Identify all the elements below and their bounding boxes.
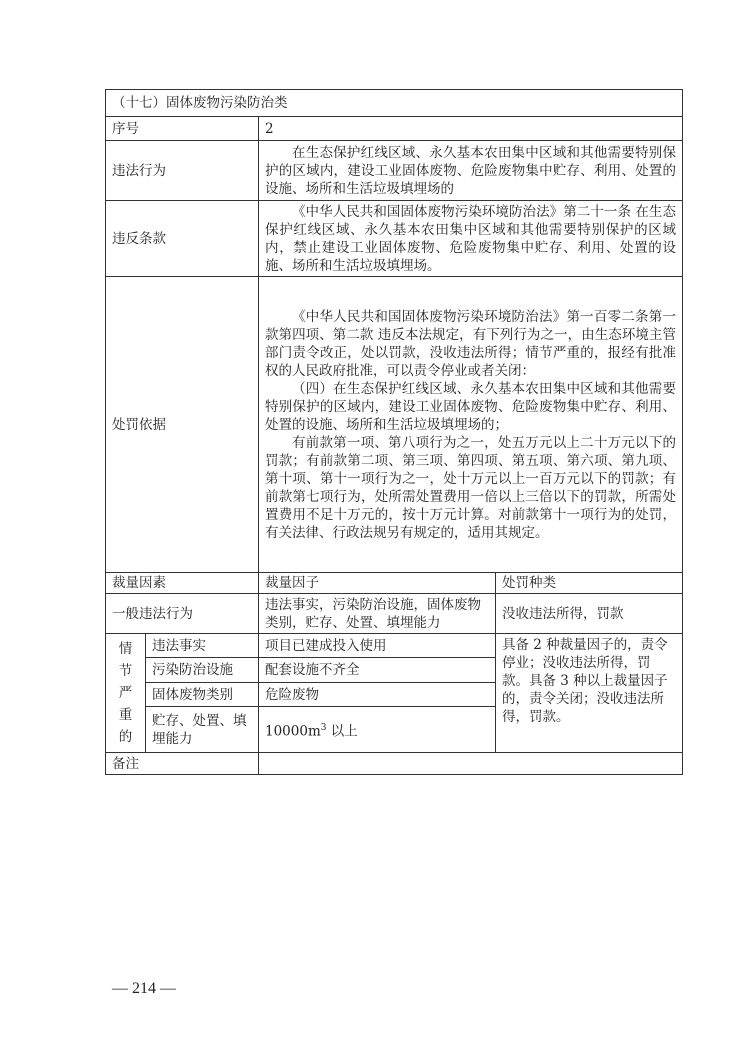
serious-factor: 固体废物类别 <box>146 683 259 707</box>
serial-row: 序号 2 <box>106 117 683 141</box>
general-violation-row: 一般违法行为 违法事实，污染防治设施，固体废物类别，贮存、处置、填埋能力 没收违… <box>106 594 683 634</box>
serious-penalty: 具备 2 种裁量因子的，责令停业；没收违法所得，罚款。具备 3 种以上裁量因子的… <box>496 634 683 753</box>
serious-label: 情 节 严 重 的 <box>106 634 146 753</box>
discretion-factor-header: 裁量因素 <box>106 573 259 594</box>
general-violation-penalty: 没收违法所得，罚款 <box>496 594 683 634</box>
serial-value: 2 <box>259 117 683 141</box>
remarks-value <box>259 753 683 775</box>
violation-row: 违法行为 在生态保护红线区域、永久基本农田集中区域和其他需要特别保护的区域内，建… <box>106 141 683 201</box>
category-row: （十七）固体废物污染防治类 <box>106 90 683 117</box>
penalty-basis-row: 处罚依据 《中华人民共和国固体废物污染环境防治法》第一百零二条第一款第四项、第二… <box>106 277 683 573</box>
remarks-row: 备注 <box>106 753 683 775</box>
general-violation-label: 一般违法行为 <box>106 594 259 634</box>
serious-row: 情 节 严 重 的 违法事实 项目已建成投入使用 具备 2 种裁量因子的，责令停… <box>106 634 683 658</box>
general-violation-criteria: 违法事实，污染防治设施，固体废物类别，贮存、处置、填埋能力 <box>259 594 496 634</box>
serious-factor: 污染防治设施 <box>146 658 259 683</box>
serious-criterion: 危险废物 <box>259 683 496 707</box>
page-number: — 214 — <box>112 980 176 998</box>
serious-factor: 违法事实 <box>146 634 259 658</box>
remarks-label: 备注 <box>106 753 259 775</box>
penalty-basis-paragraph: 《中华人民共和国固体废物污染环境防治法》第一百零二条第一款第四项、第二款 违反本… <box>265 308 676 380</box>
penalty-type-header: 处罚种类 <box>496 573 683 594</box>
category-title: （十七）固体废物污染防治类 <box>106 90 683 117</box>
discretion-criterion-header: 裁量因子 <box>259 573 496 594</box>
serious-factor: 贮存、处置、填埋能力 <box>146 707 259 753</box>
violated-clause-row: 违反条款 《中华人民共和国固体废物污染环境防治法》第二十一条 在生态保护红线区域… <box>106 201 683 277</box>
serious-criterion: 配套设施不齐全 <box>259 658 496 683</box>
discretion-header-row: 裁量因素 裁量因子 处罚种类 <box>106 573 683 594</box>
penalty-basis-label: 处罚依据 <box>106 277 259 573</box>
violated-clause-text: 《中华人民共和国固体废物污染环境防治法》第二十一条 在生态保护红线区域、永久基本… <box>265 203 676 275</box>
serial-label: 序号 <box>106 117 259 141</box>
penalty-basis-paragraph: 有前款第一项、第八项行为之一，处五万元以上二十万元以下的罚款；有前款第二项、第三… <box>265 434 676 542</box>
serious-criterion: 项目已建成投入使用 <box>259 634 496 658</box>
document-page: （十七）固体废物污染防治类 序号 2 违法行为 在生态保护红线区域、永久基本农田… <box>0 0 744 1052</box>
penalty-discretion-table: （十七）固体废物污染防治类 序号 2 违法行为 在生态保护红线区域、永久基本农田… <box>105 89 683 775</box>
serious-criterion: 10000m3 以上 <box>259 707 496 753</box>
violated-clause-label: 违反条款 <box>106 201 259 277</box>
penalty-basis-paragraph: （四）在生态保护红线区域、永久基本农田集中区域和其他需要特别保护的区域内，建设工… <box>265 380 676 434</box>
violation-label: 违法行为 <box>106 141 259 201</box>
violation-text: 在生态保护红线区域、永久基本农田集中区域和其他需要特别保护的区域内，建设工业固体… <box>265 144 676 198</box>
